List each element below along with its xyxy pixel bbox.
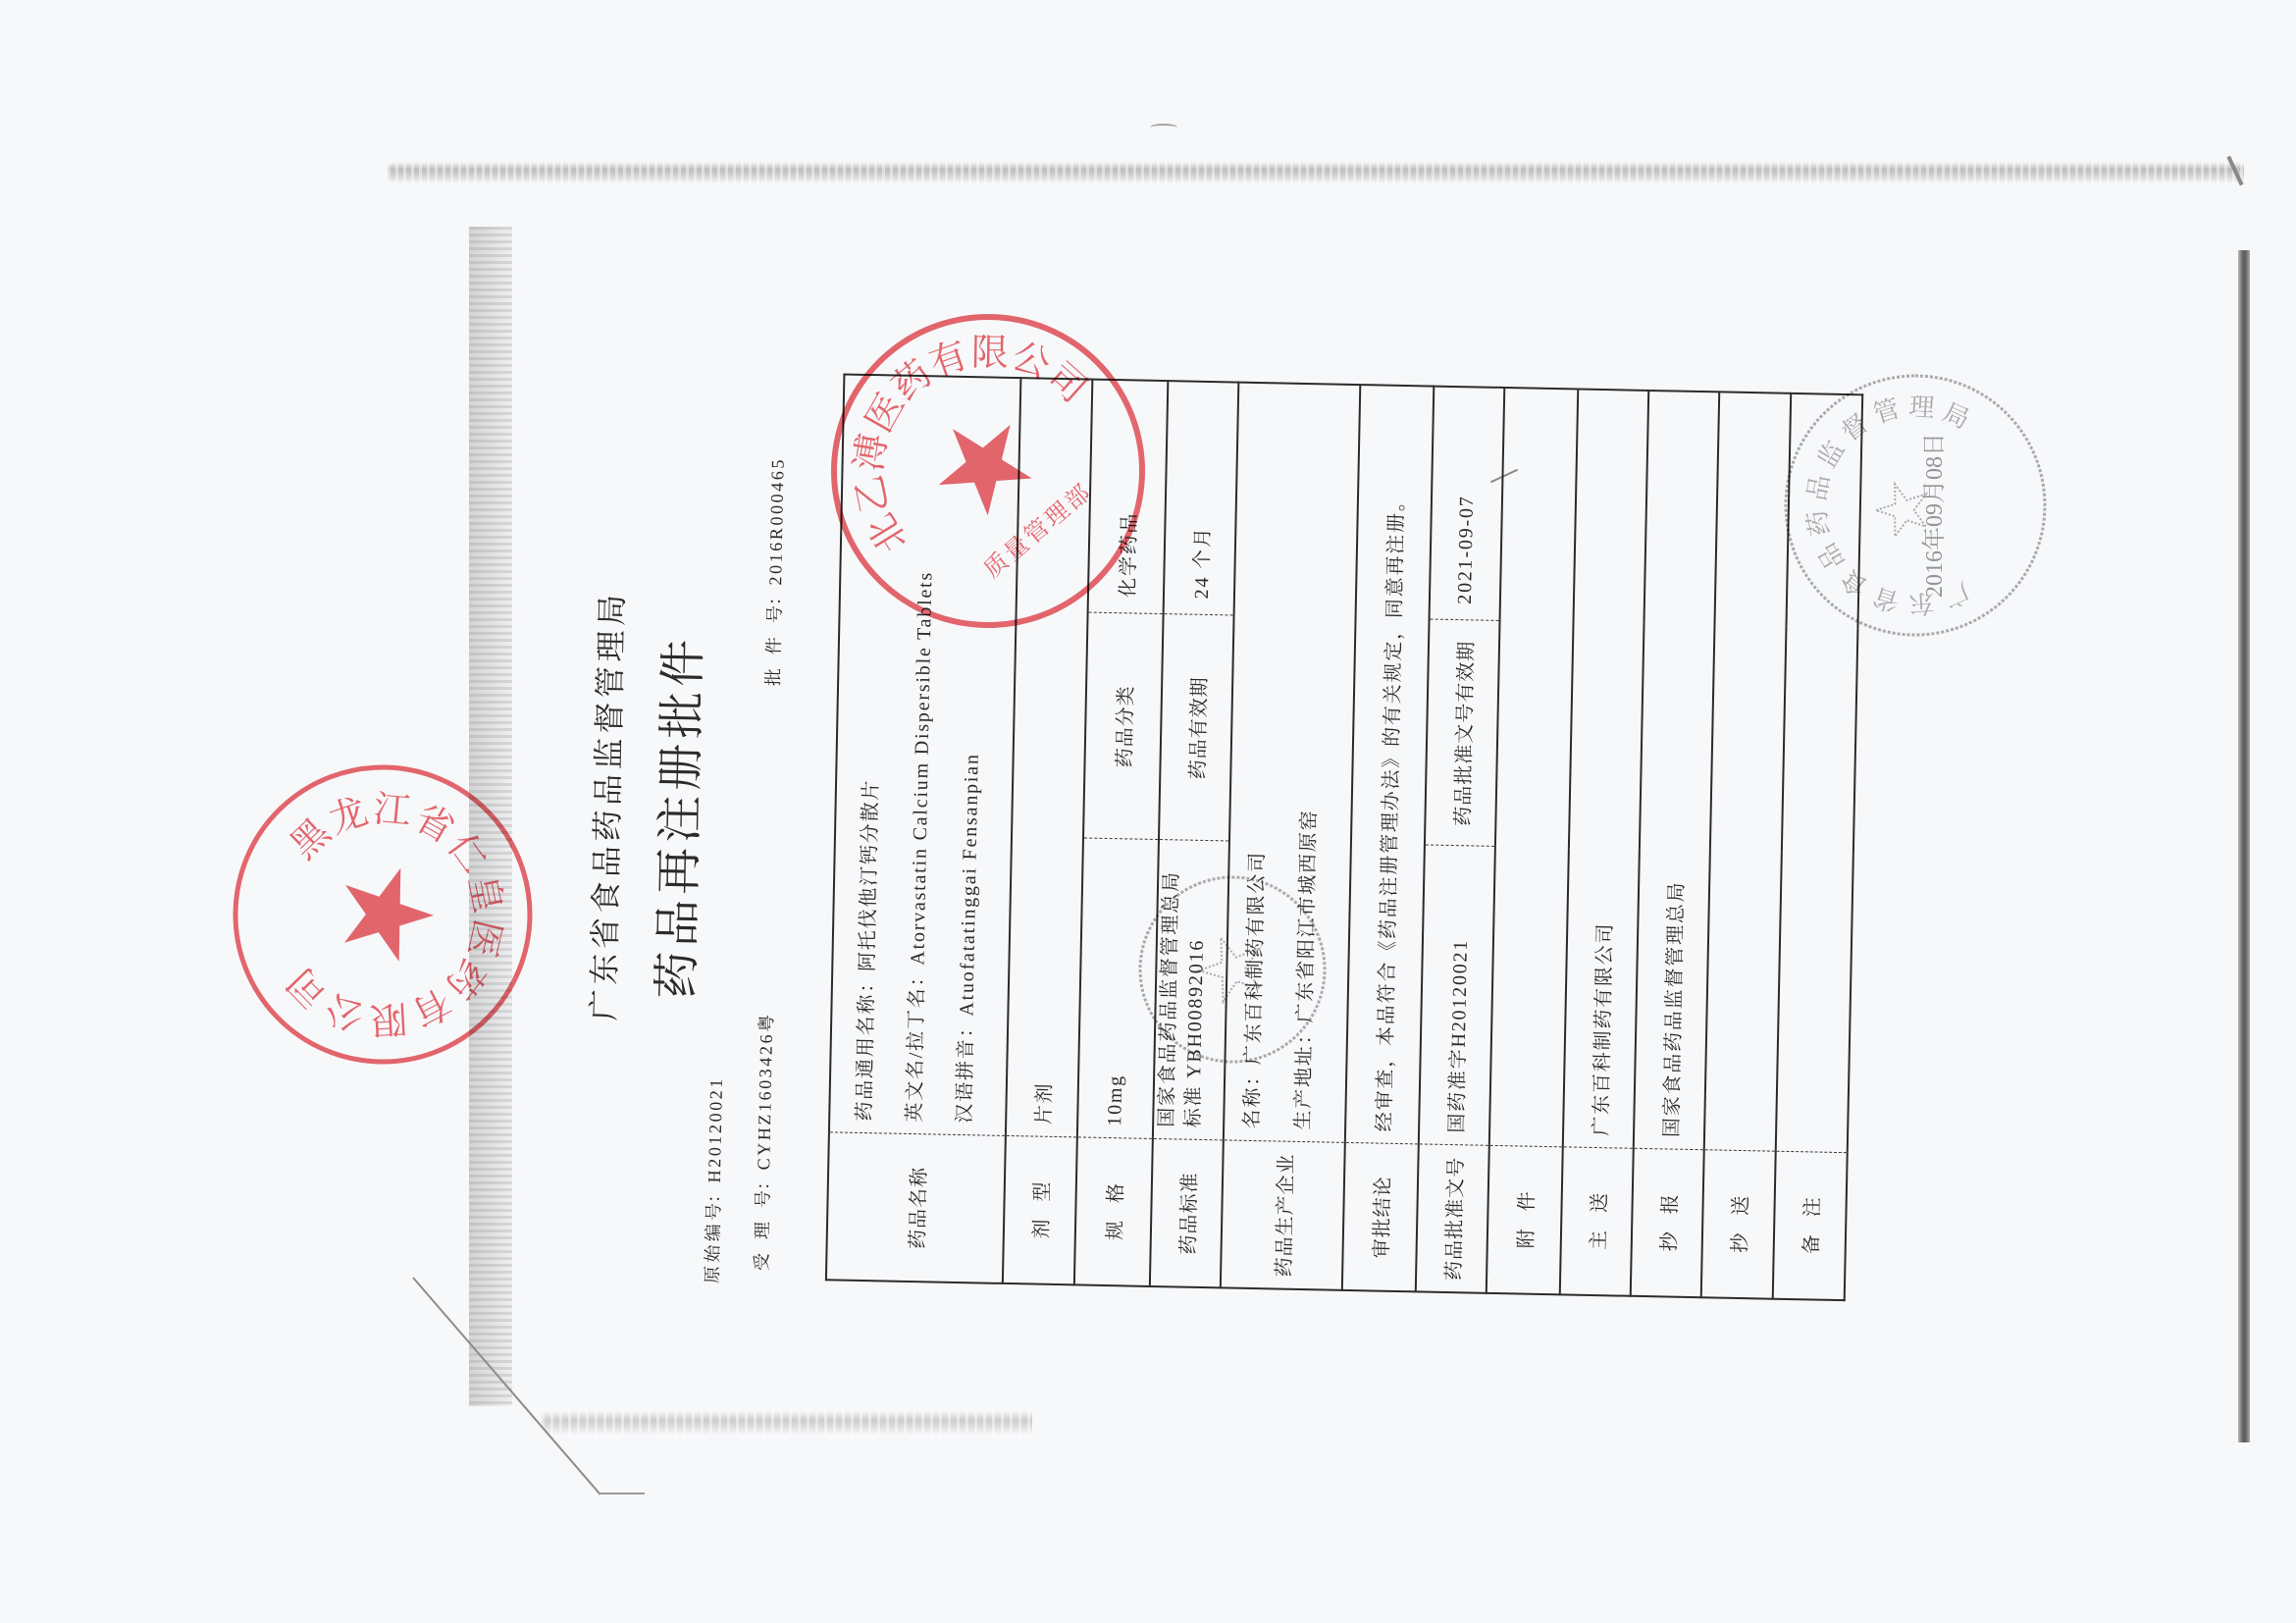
- seal-ring-char: 乙: [849, 472, 897, 517]
- seal-ring-char: 督: [1836, 409, 1873, 447]
- seal-ring-char: 皇: [461, 872, 509, 916]
- seal-ring-char: 药: [1802, 508, 1835, 539]
- seal-layer: 北乙溥医药有限公司质量管理部黑龙江省仁皇医药有限公司广东省食品药品监督管理局20…: [0, 0, 2296, 1623]
- seal-ring: [1115, 852, 1351, 1088]
- seal-ring-char: 管: [1870, 394, 1903, 429]
- manufacturer-seal: [1115, 852, 1351, 1088]
- seal-date: 2016年09月08日: [1921, 433, 1948, 598]
- seal-ring-char: 理: [1908, 393, 1936, 423]
- seal-ring-char: 品: [1812, 538, 1850, 574]
- star-icon: [1876, 484, 1926, 536]
- seal-ring-char: 限: [369, 997, 408, 1040]
- seal-ring-char: 省: [1870, 582, 1903, 616]
- distributor-seal-2: 黑龙江省仁皇医药有限公司: [233, 764, 532, 1064]
- seal-ring-char: 江: [372, 789, 413, 833]
- distributor-seal-1: 北乙溥医药有限公司质量管理部: [771, 254, 1205, 688]
- authority-seal: 广东省食品药品监督管理局2016年09月08日: [1786, 376, 2045, 635]
- star-icon: [917, 399, 1046, 528]
- seal-inner-text: 质量管理部: [979, 478, 1098, 583]
- seal-ring-char: 限: [971, 333, 1010, 375]
- star-icon: [1191, 927, 1272, 1006]
- seal-ring-char: 溥: [849, 431, 895, 474]
- scanned-page: 广东省食品药品监督管理局 药品再注册批件 原始编号：H20120021 受理号：…: [0, 0, 2296, 1623]
- star-icon: [344, 867, 435, 963]
- seal-ring-char: 医: [459, 916, 508, 962]
- seal-ring-char: 局: [1939, 397, 1974, 434]
- seal-ring-char: 监: [1812, 436, 1850, 472]
- seal-ring-char: 品: [1802, 472, 1835, 502]
- seal-ring-char: 食: [1836, 563, 1873, 602]
